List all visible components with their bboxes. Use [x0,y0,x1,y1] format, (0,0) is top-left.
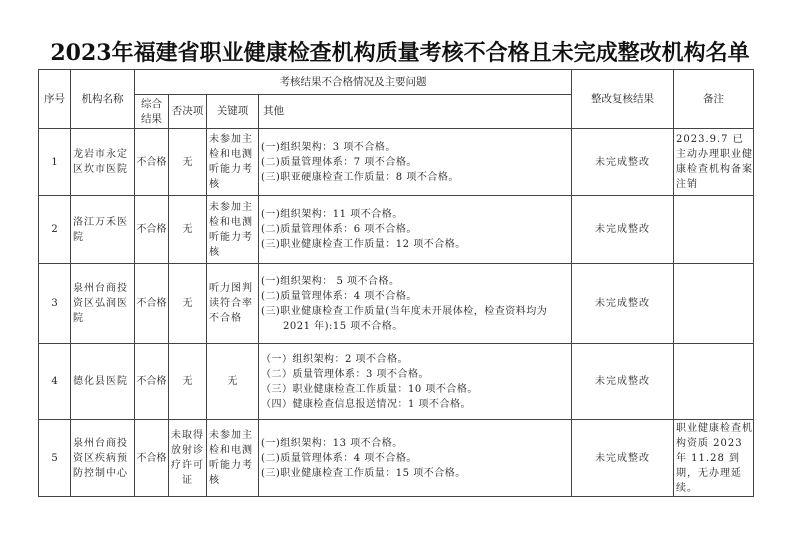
table-row: 2 洛江万禾医院 不合格 无 未参加主检和电测听能力考核 (一)组织架构：11 … [39,196,754,264]
row-veto-items: 无 [169,264,207,344]
header-seq: 序号 [39,70,71,129]
row-org-name: 德化县医院 [71,344,135,420]
table-row: 1 龙岩市永定区坎市医院 不合格 无 未参加主检和电测听能力考核 (一)组织架构… [39,129,754,196]
row-other: (一)组织架构：11 项不合格。 (二)质量管理体系：6 项不合格。 (三)职业… [259,196,572,264]
row-org-name: 泉州台商投资区疾病预防控制中心 [71,420,135,497]
other-line: (一)组织架构：3 项不合格。 [261,140,571,155]
row-veto-items: 无 [169,196,207,264]
other-line: (二)质量管理体系：4 项不合格。 [261,289,571,304]
header-org-name: 机构名称 [71,70,135,129]
row-overall-result: 不合格 [135,420,169,497]
row-org-name: 龙岩市永定区坎市医院 [71,129,135,196]
row-recheck-result: 未完成整改 [572,264,674,344]
row-recheck-result: 未完成整改 [572,420,674,497]
other-line: (二)质量管理体系：4 项不合格。 [261,451,571,466]
other-line: (二)质量管理体系：6 项不合格。 [261,222,571,237]
row-other: (一)组织架构：13 项不合格。 (二)质量管理体系：4 项不合格。 (三)职业… [259,420,572,497]
header-key-items: 关键项 [207,95,259,129]
other-line: (三)职业健康检查工作质量：12 项不合格。 [261,237,571,252]
row-remarks: 2023.9.7 已主动办理职业健康检查机构备案注销 [674,129,754,196]
noncompliant-institutions-table: 序号 机构名称 考核结果不合格情况及主要问题 整改复核结果 备注 综合结果 否决… [38,69,754,497]
other-line: (三)职亚硬康检查工作质量：8 项不合格。 [261,170,571,185]
row-seq: 1 [39,129,71,196]
header-assessment-group: 考核结果不合格情况及主要问题 [135,70,572,95]
row-key-items: 未参加主检和电测听能力考核 [207,129,259,196]
row-overall-result: 不合格 [135,196,169,264]
row-other: (一)组织架构： 5 项不合格。 (二)质量管理体系：4 项不合格。 (三)职业… [259,264,572,344]
row-veto-items: 无 [169,344,207,420]
row-overall-result: 不合格 [135,344,169,420]
other-line: （二）质量管理体系：3 项不合格。 [261,367,571,382]
row-key-items: 无 [207,344,259,420]
table-row: 4 德化县医院 不合格 无 无 （一）组织架构：2 项不合格。 （二）质量管理体… [39,344,754,420]
row-seq: 2 [39,196,71,264]
row-recheck-result: 未完成整改 [572,196,674,264]
row-veto-items: 无 [169,129,207,196]
header-veto-items: 否决项 [169,95,207,129]
table-row: 5 泉州台商投资区疾病预防控制中心 不合格 未取得放射诊疗许可证 未参加主检和电… [39,420,754,497]
row-seq: 5 [39,420,71,497]
other-line: (三)职业健康检查工作质量：15 项不合格。 [261,466,571,481]
row-seq: 4 [39,344,71,420]
row-overall-result: 不合格 [135,264,169,344]
row-remarks [674,264,754,344]
row-seq: 3 [39,264,71,344]
row-key-items: 未参加主检和电测听能力考核 [207,420,259,497]
other-line: （四）健康检查信息报送情况：1 项不合格。 [261,397,571,412]
row-org-name: 洛江万禾医院 [71,196,135,264]
other-line: （一）组织架构：2 项不合格。 [261,352,571,367]
row-remarks: 职业健康检查机构资质 2023 年 11.28 到期，无办理延续。 [674,420,754,497]
row-overall-result: 不合格 [135,129,169,196]
row-other: （一）组织架构：2 项不合格。 （二）质量管理体系：3 项不合格。 （三）职业健… [259,344,572,420]
row-remarks [674,344,754,420]
other-line: (一)组织架构：11 项不合格。 [261,207,571,222]
table-row: 3 泉州台商投资区弘润医院 不合格 无 听力图判读符合率不合格 (一)组织架构：… [39,264,754,344]
other-line: (一)组织架构： 5 项不合格。 [261,274,571,289]
row-other: (一)组织架构：3 项不合格。 (二)质量管理体系：7 项不合格。 (三)职亚硬… [259,129,572,196]
header-recheck-result: 整改复核结果 [572,70,674,129]
header-other: 其他 [259,95,572,129]
header-remarks: 备注 [674,70,754,129]
other-line: 2021 年):15 项不合格。 [261,319,571,334]
other-line: (二)质量管理体系：7 项不合格。 [261,155,571,170]
row-recheck-result: 未完成整改 [572,129,674,196]
other-line: (三)职业健康检查工作质量(当年度未开展体检，检查资料均为 [261,304,571,319]
row-key-items: 未参加主检和电测听能力考核 [207,196,259,264]
other-line: (一)组织架构：13 项不合格。 [261,436,571,451]
row-veto-items: 未取得放射诊疗许可证 [169,420,207,497]
other-line: （三）职业健康检查工作质量：10 项不合格。 [261,382,571,397]
row-key-items: 听力图判读符合率不合格 [207,264,259,344]
header-overall-result: 综合结果 [135,95,169,129]
row-org-name: 泉州台商投资区弘润医院 [71,264,135,344]
page-title: 2023年福建省职业健康检查机构质量考核不合格且未完成整改机构名单 [0,38,800,68]
row-remarks [674,196,754,264]
row-recheck-result: 未完成整改 [572,344,674,420]
